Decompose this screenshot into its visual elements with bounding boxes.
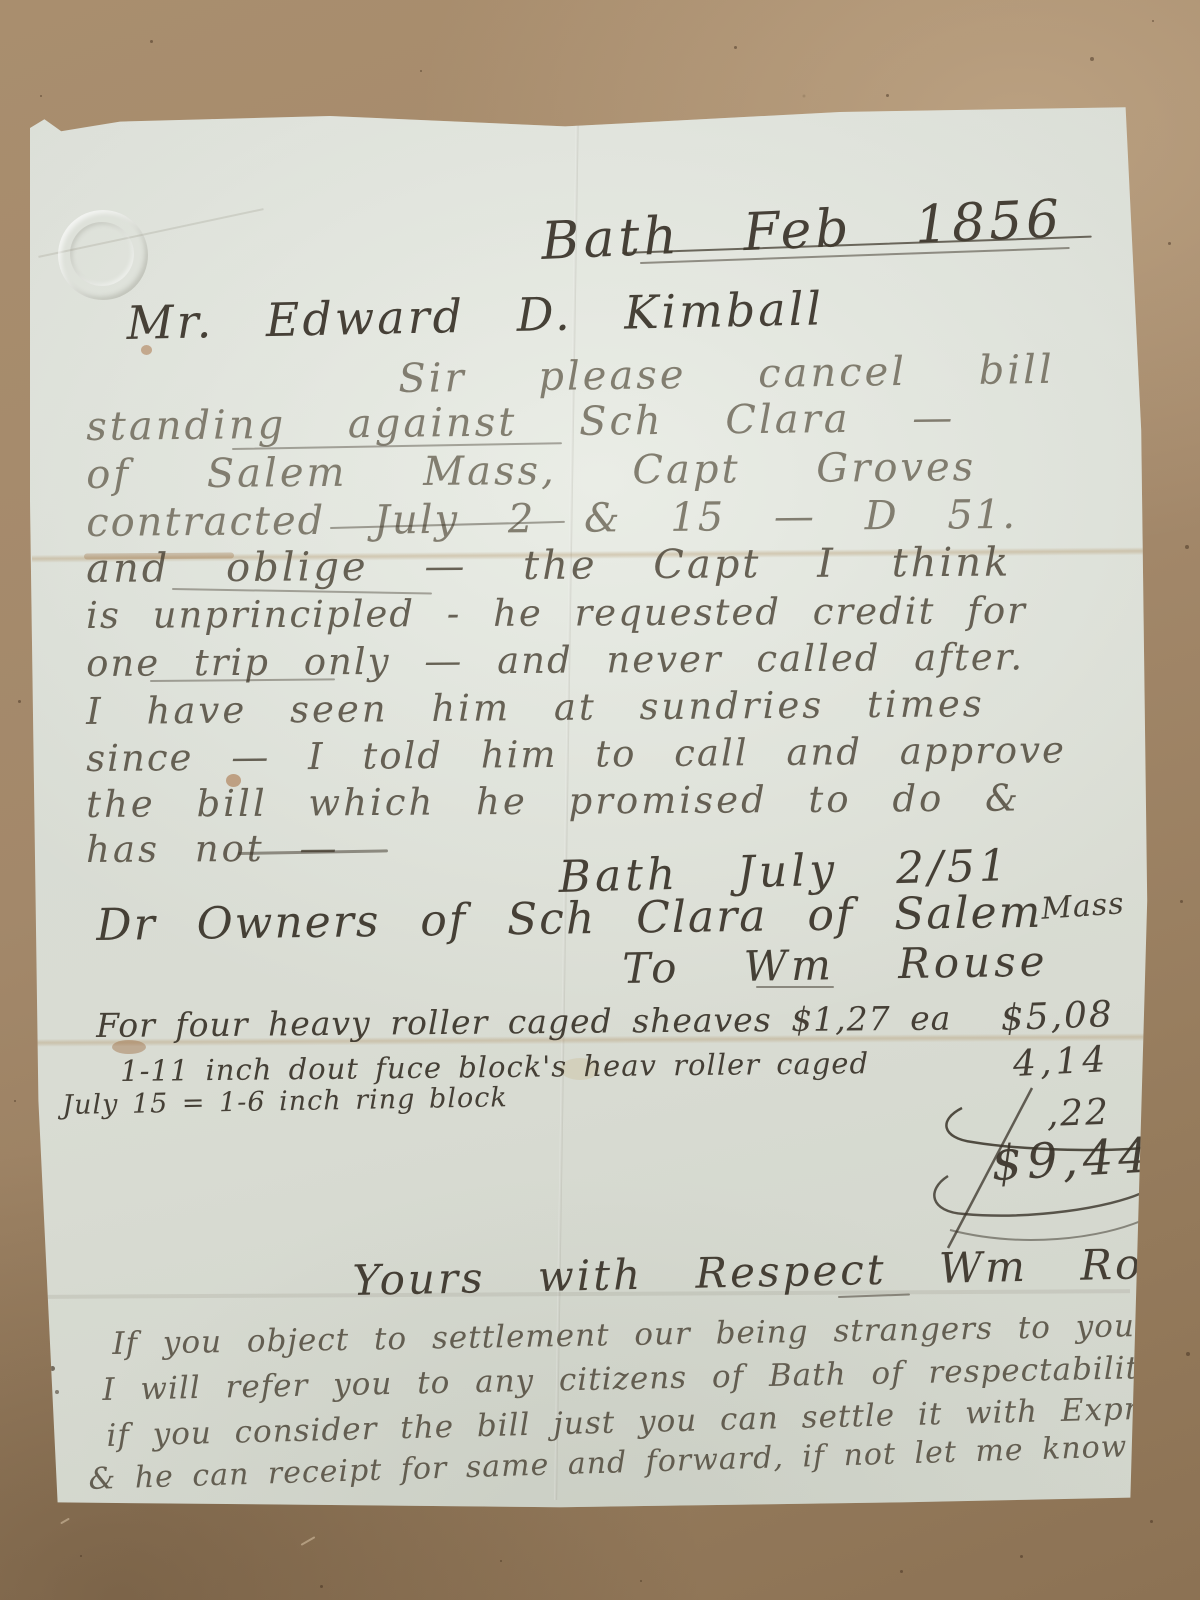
body-line-6: is unprincipled - he requested credit fo… [86,589,1027,637]
cardboard-speck [14,1100,16,1102]
cardboard-speck [886,94,889,97]
cardboard-speck [320,1585,323,1588]
total-flourish [920,1080,1160,1260]
edge-speck [50,1366,55,1371]
bill-debtor-suffix: Mass [1040,886,1126,927]
cardboard-speck [40,95,42,97]
body-line-4: contracted July 2 & 15 — D 51. [86,492,1017,546]
body-line-11: has not — [86,827,340,871]
date-line: Bath Feb 1856 [540,189,1064,272]
body-line-1: Sir please cancel bill [398,347,1055,402]
body-line-10: the bill which he promised to do & [86,776,1021,826]
cardboard-speck [1152,20,1154,22]
cardboard-speck [420,70,422,72]
bill-item-3-desc: July 15 = 1-6 inch ring block [62,1082,508,1121]
cardboard-speck [150,40,153,43]
cardboard-speck [1180,900,1183,903]
bill-item-2-amount: 4,14 [1012,1039,1110,1085]
cardboard-speck [500,1560,502,1562]
cardboard-speck [1150,1520,1153,1523]
cardboard-speck [734,46,737,49]
edge-speck [55,1390,59,1394]
bill-payee-line: To Wm Rouse [622,937,1049,993]
recipient-line: Mr. Edward D. Kimball [126,281,825,350]
cardboard-speck [900,1570,903,1573]
cardboard-speck [1020,1555,1023,1558]
body-line-3: of Salem Mass, Capt Groves [86,444,976,498]
body-line-9: since — I told him to call and approve [86,728,1066,780]
closing-signature-line: Yours with Respect Wm Rouse [352,1238,1200,1305]
body-line-7: one trip only — and never called after. [86,635,1024,685]
cardboard-speck [640,1580,642,1582]
letter-paper: Bath Feb 1856 Mr. Edward D. Kimball Sir … [0,0,1200,1600]
embossed-seal-ring [70,222,134,286]
body-line-8: I have seen him at sundries times [86,682,985,733]
photograph-of-letter: Bath Feb 1856 Mr. Edward D. Kimball Sir … [0,0,1200,1600]
cardboard-speck [1090,57,1094,61]
cardboard-speck [18,700,21,703]
cardboard-speck [1186,1352,1190,1356]
cardboard-fiber [60,1518,70,1525]
body-line-5: and oblige — the Capt I think [86,540,1011,592]
cardboard-speck [1168,242,1171,245]
pen-underline-wm [756,986,834,988]
bill-item-1-desc: For four heavy roller caged sheaves $1,2… [96,999,951,1045]
embossed-seal [58,210,148,300]
cardboard-speck [80,1555,82,1557]
bill-item-1-amount: $5,08 [1000,994,1114,1039]
cardboard-speck [1185,545,1189,549]
cardboard-fiber [301,1536,316,1546]
body-line-2: standing against Sch Clara — [86,395,956,450]
